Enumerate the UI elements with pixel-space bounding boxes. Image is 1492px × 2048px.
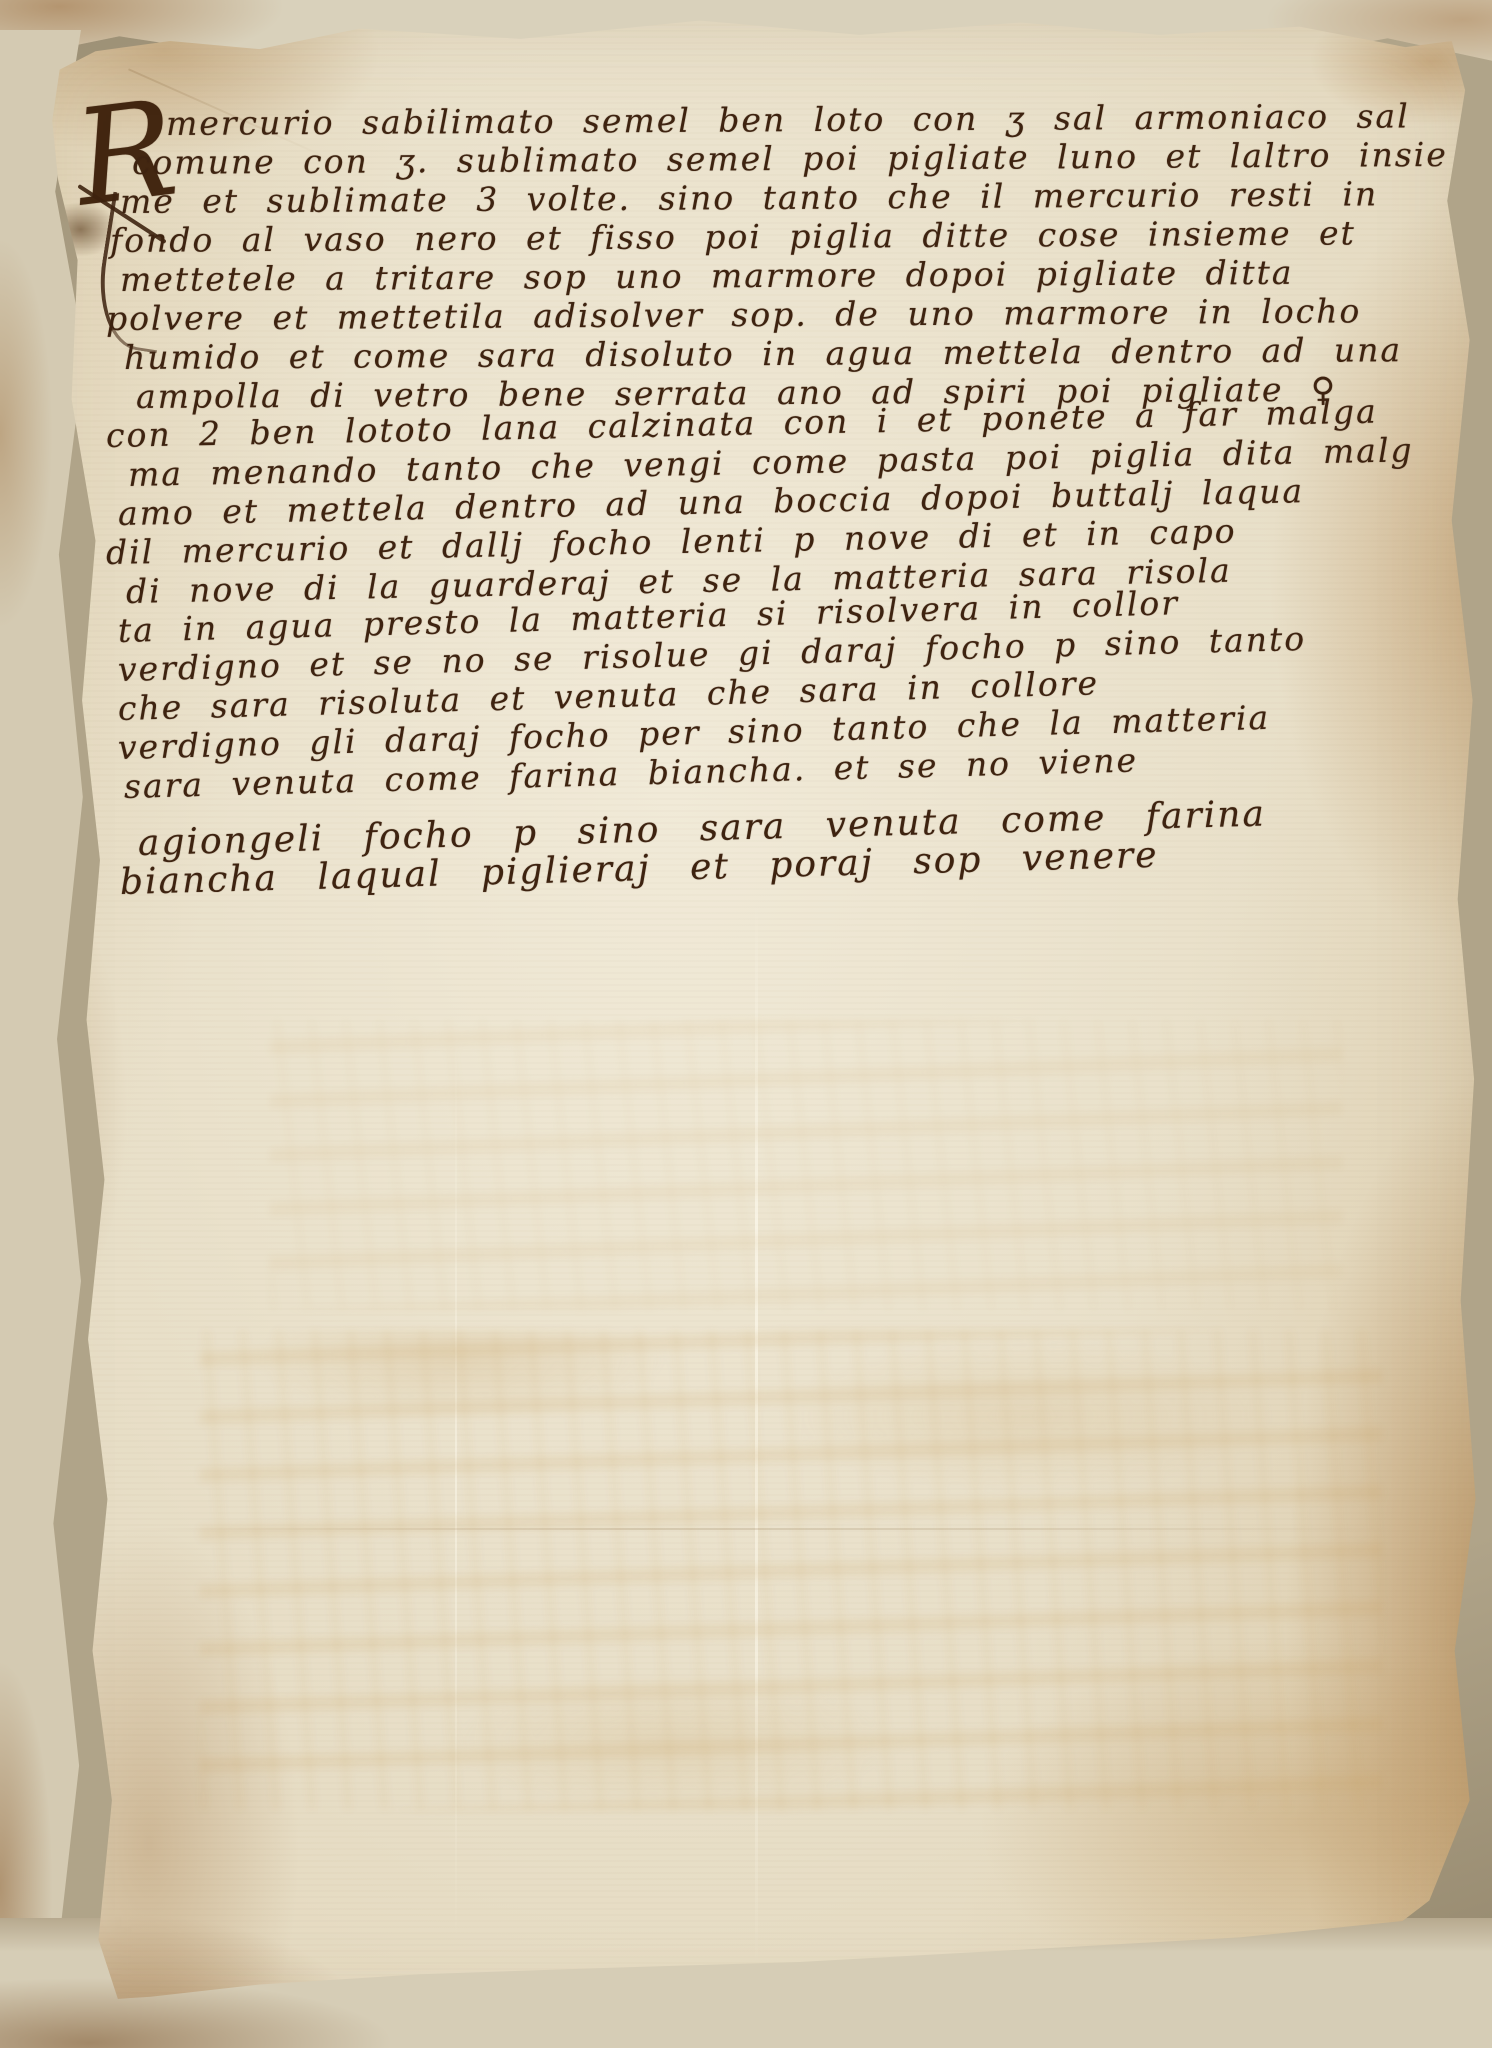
ink-bleedthrough-lower xyxy=(200,1330,1382,1810)
fold-crease-horizontal xyxy=(119,1528,1402,1530)
ink-bleedthrough-upper xyxy=(270,1020,1342,1310)
fold-crease-vertical-2 xyxy=(455,1024,457,1946)
manuscript-text: mercurio sabilimato semel ben loto con ʒ… xyxy=(104,104,1434,902)
fold-crease-vertical xyxy=(755,901,758,1966)
manuscript-page: R mercurio sabilimato semel ben loto con… xyxy=(0,0,1492,2048)
scanned-manuscript: R mercurio sabilimato semel ben loto con… xyxy=(0,0,1492,2048)
